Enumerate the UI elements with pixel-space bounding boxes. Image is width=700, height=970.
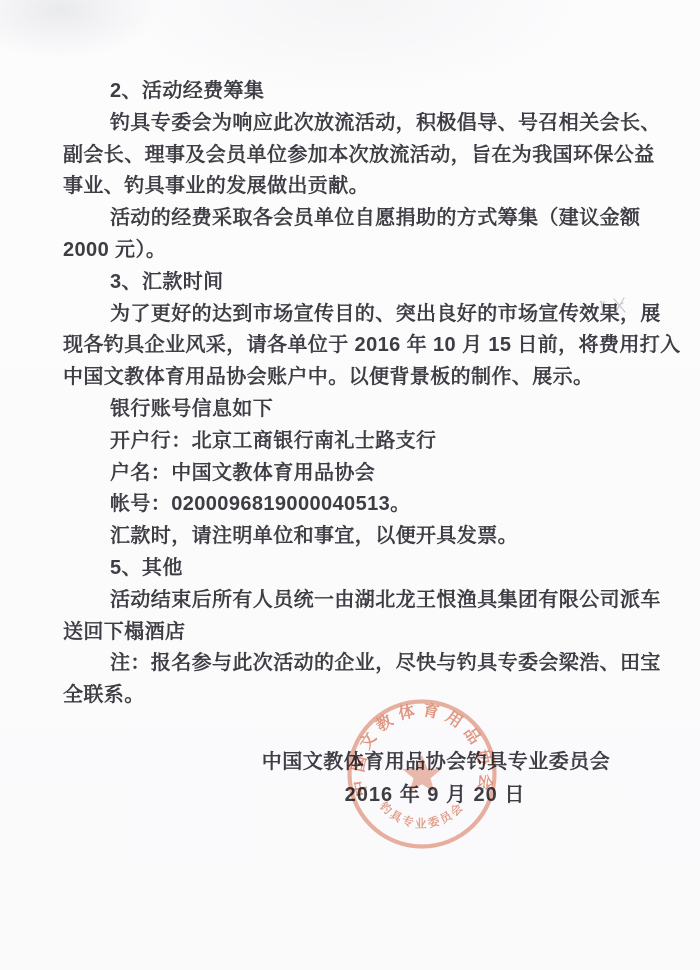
document-line: 活动结束后所有人员统一由湖北龙王恨渔具集团有限公司派车 <box>63 585 648 617</box>
document-line: 5、其他 <box>63 553 648 585</box>
document-line: 全联系。 <box>63 680 648 712</box>
document-line: 事业、钓具事业的发展做出贡献。 <box>63 171 648 203</box>
document-line: 送回下榻酒店 <box>63 617 648 649</box>
document-line: 为了更好的达到市场宣传目的、突出良好的市场宣传效果，展 <box>63 299 648 331</box>
document-line: 开户行：北京工商银行南礼士路支行 <box>63 426 648 458</box>
document-line: 2、活动经费筹集 <box>63 76 648 108</box>
document-line: 3、汇款时间 <box>63 267 648 299</box>
document-body: 2、活动经费筹集 钓具专委会为响应此次放流活动，积极倡导、号召相关会长、 副会长… <box>63 76 648 712</box>
document-line: 现各钓具企业风采，请各单位于 2016 年 10 月 15 日前，将费用打入 <box>63 330 648 362</box>
document-line: 活动的经费采取各会员单位自愿捐助的方式筹集（建议金额 <box>63 203 648 235</box>
scanned-document-page: 2、活动经费筹集 钓具专委会为响应此次放流活动，积极倡导、号召相关会长、 副会长… <box>0 0 700 970</box>
signature-date: 2016 年 9 月 20 日 <box>345 780 526 811</box>
document-line: 2000 元）。 <box>63 235 648 267</box>
document-line: 银行账号信息如下 <box>63 394 648 426</box>
document-line: 副会长、理事及会员单位参加本次放流活动，旨在为我国环保公益 <box>63 140 648 172</box>
document-line: 中国文教体育用品协会账户中。以便背景板的制作、展示。 <box>63 362 648 394</box>
document-line: 户名：中国文教体育用品协会 <box>63 458 648 490</box>
document-line: 注：报名参与此次活动的企业，尽快与钓具专委会梁浩、田宝 <box>63 648 648 680</box>
document-line: 钓具专委会为响应此次放流活动，积极倡导、号召相关会长、 <box>63 108 648 140</box>
document-line: 帐号：0200096819000040513。 <box>63 489 648 521</box>
document-line: 汇款时，请注明单位和事宜，以便开具发票。 <box>63 521 648 553</box>
signature-organization: 中国文教体育用品协会钓具专业委员会 <box>262 747 611 778</box>
